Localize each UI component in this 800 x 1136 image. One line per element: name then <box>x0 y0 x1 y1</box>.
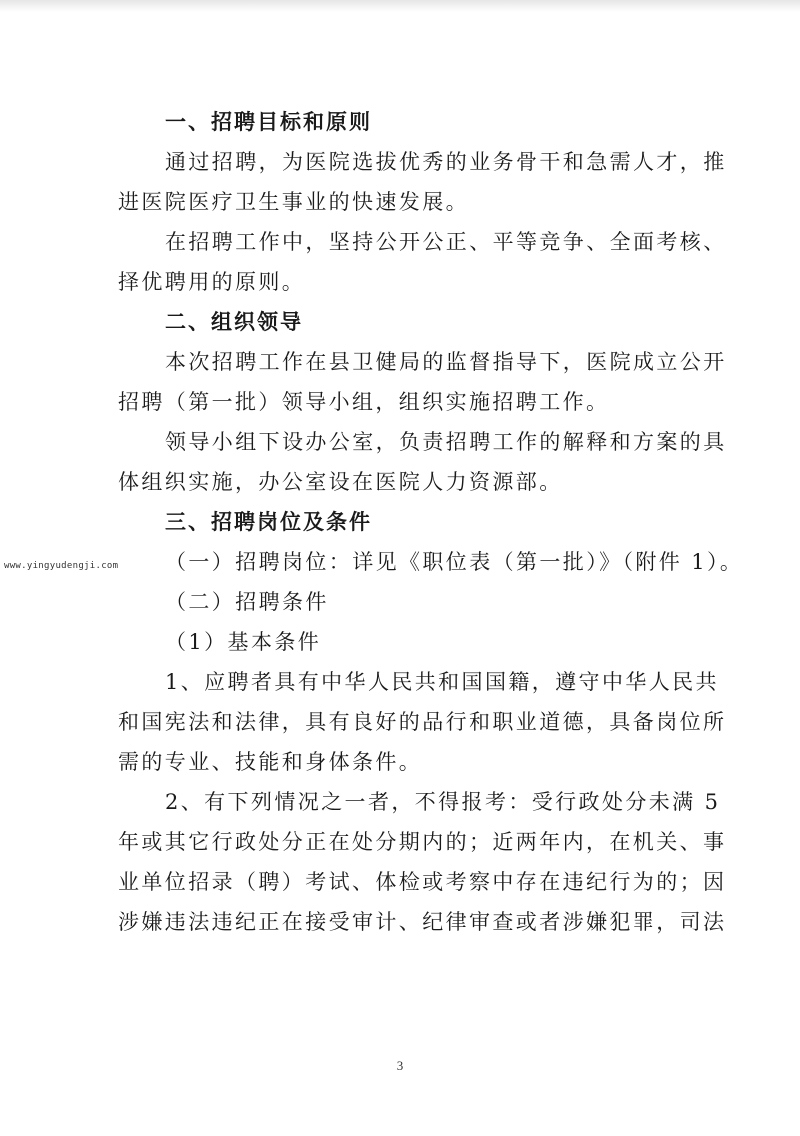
paragraph-line: 进医院医疗卫生事业的快速发展。 <box>118 182 688 222</box>
paragraph-condition-1: 1、应聘者具有中华人民共和国国籍，遵守中华人民共 和国宪法和法律，具有良好的品行… <box>118 662 688 782</box>
paragraph-line: 招聘（第一批）领导小组，组织实施招聘工作。 <box>118 382 688 422</box>
paragraph-line: 择优聘用的原则。 <box>118 262 688 302</box>
watermark-url: www.yingyudengji.com <box>4 561 118 571</box>
paragraph-line: 年或其它行政处分正在处分期内的；近两年内，在机关、事 <box>118 822 688 862</box>
scan-edge-shadow <box>0 0 800 12</box>
paragraph-line: 2、有下列情况之一者，不得报考：受行政处分未满 5 <box>118 782 688 822</box>
paragraph-line: 本次招聘工作在县卫健局的监督指导下，医院成立公开 <box>118 342 688 382</box>
paragraph-line: 在招聘工作中，坚持公开公正、平等竞争、全面考核、 <box>118 222 688 262</box>
paragraph-condition-2: 2、有下列情况之一者，不得报考：受行政处分未满 5 年或其它行政处分正在处分期内… <box>118 782 688 942</box>
paragraph-line: 和国宪法和法律，具有良好的品行和职业道德，具备岗位所 <box>118 702 688 742</box>
paragraph-line: 体组织实施，办公室设在医院人力资源部。 <box>118 462 688 502</box>
paragraph-goal: 通过招聘，为医院选拔优秀的业务骨干和急需人才，推 进医院医疗卫生事业的快速发展。 <box>118 142 688 222</box>
subitem-positions: （一）招聘岗位：详见《职位表（第一批）》（附件 1）。 <box>118 542 688 582</box>
subitem-conditions: （二）招聘条件 <box>118 582 688 622</box>
subitem-basic-conditions: （1）基本条件 <box>118 622 688 662</box>
paragraph-leadership: 本次招聘工作在县卫健局的监督指导下，医院成立公开 招聘（第一批）领导小组，组织实… <box>118 342 688 422</box>
section-heading-2: 二、组织领导 <box>118 302 688 342</box>
paragraph-line: 业单位招录（聘）考试、体检或考察中存在违纪行为的；因 <box>118 862 688 902</box>
section-heading-1: 一、招聘目标和原则 <box>118 102 688 142</box>
paragraph-line: 涉嫌违法违纪正在接受审计、纪律审查或者涉嫌犯罪，司法 <box>118 902 688 942</box>
paragraph-principle: 在招聘工作中，坚持公开公正、平等竞争、全面考核、 择优聘用的原则。 <box>118 222 688 302</box>
paragraph-line: 领导小组下设办公室，负责招聘工作的解释和方案的具 <box>118 422 688 462</box>
paragraph-line: 1、应聘者具有中华人民共和国国籍，遵守中华人民共 <box>118 662 688 702</box>
paragraph-office: 领导小组下设办公室，负责招聘工作的解释和方案的具 体组织实施，办公室设在医院人力… <box>118 422 688 502</box>
document-page: 一、招聘目标和原则 通过招聘，为医院选拔优秀的业务骨干和急需人才，推 进医院医疗… <box>118 102 688 942</box>
paragraph-line: 需的专业、技能和身体条件。 <box>118 742 688 782</box>
paragraph-line: 通过招聘，为医院选拔优秀的业务骨干和急需人才，推 <box>118 142 688 182</box>
page-number: 3 <box>0 1058 800 1074</box>
section-heading-3: 三、招聘岗位及条件 <box>118 502 688 542</box>
